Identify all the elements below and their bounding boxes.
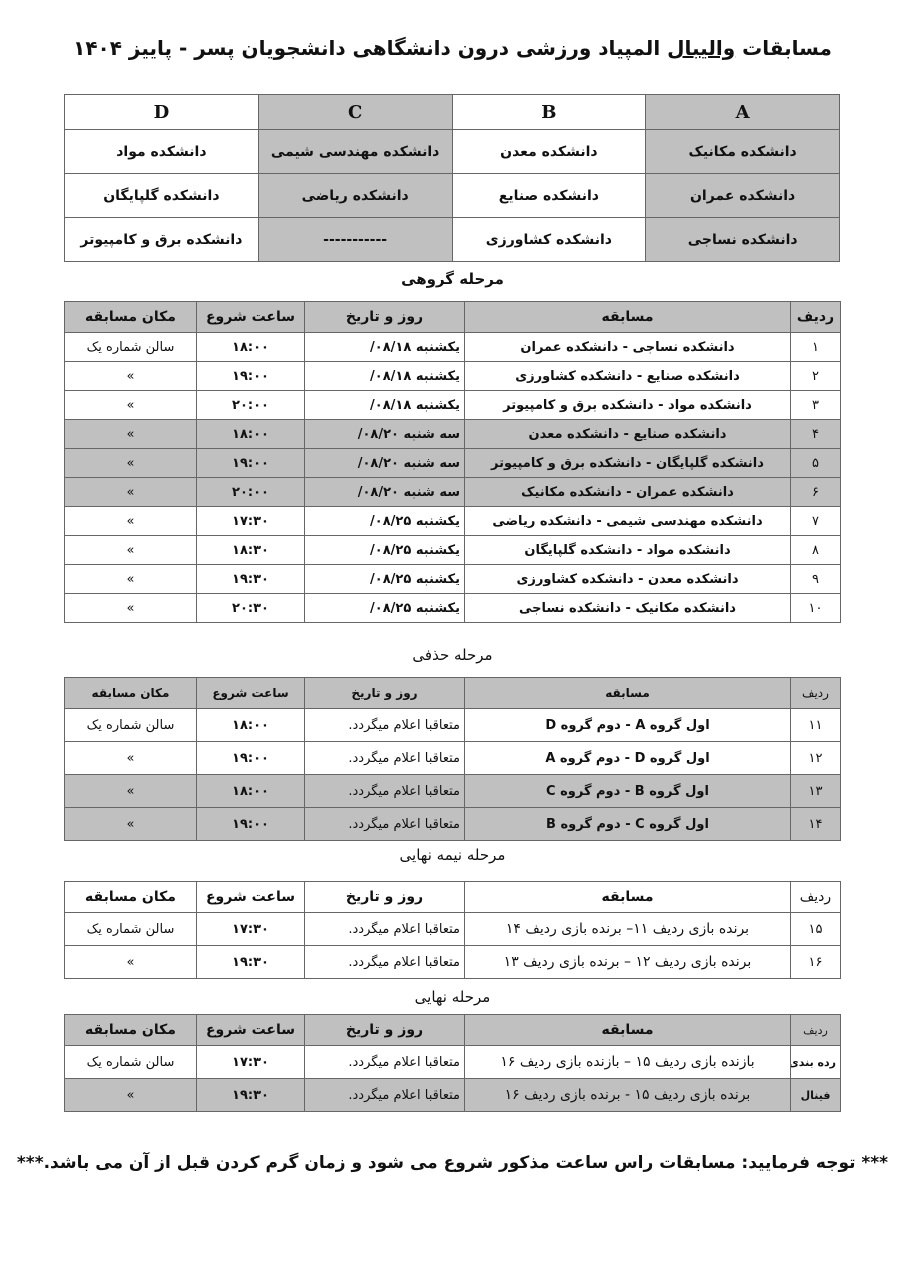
stage-label-semifinal: مرحله نیمه نهایی (0, 846, 905, 864)
table-row: ۵دانشکده گلپایگان - دانشکده برق و کامپیو… (65, 449, 841, 478)
row-number-cell: ۴ (791, 420, 841, 449)
table-row: ۱۱اول گروه A - دوم گروه Dمتعاقبا اعلام م… (65, 709, 841, 742)
venue-cell: » (65, 1079, 197, 1112)
col-header-place: مکان مسابقه (65, 302, 197, 333)
match-cell: دانشکده گلپایگان - دانشکده برق و کامپیوت… (465, 449, 791, 478)
col-header-time: ساعت شروع (197, 882, 305, 913)
start-time-cell: ۱۸:۰۰ (197, 709, 305, 742)
table-header-row: ردیف مسابقه روز و تاریخ ساعت شروع مکان م… (65, 1015, 841, 1046)
match-cell: دانشکده نساجی - دانشکده عمران (465, 333, 791, 362)
match-cell: دانشکده مهندسی شیمی - دانشکده ریاضی (465, 507, 791, 536)
match-cell: اول گروه D - دوم گروه A (465, 742, 791, 775)
date-cell: سه شنبه ۰۸/۲۰/ (305, 420, 465, 449)
stage-label-group: مرحله گروهی (0, 270, 905, 288)
date-cell: سه شنبه ۰۸/۲۰/ (305, 449, 465, 478)
group-header-a: A (646, 95, 840, 130)
col-header-match: مسابقه (465, 882, 791, 913)
group-cell: دانشکده مکانیک (646, 130, 840, 174)
venue-cell: » (65, 420, 197, 449)
match-cell: اول گروه C - دوم گروه B (465, 808, 791, 841)
venue-cell: » (65, 775, 197, 808)
col-header-row-number: ردیف (791, 678, 841, 709)
start-time-cell: ۱۹:۰۰ (197, 742, 305, 775)
table-row: فینالبرنده بازی ردیف ۱۵ - برنده بازی ردی… (65, 1079, 841, 1112)
match-cell: دانشکده مکانیک - دانشکده نساجی (465, 594, 791, 623)
groups-row: دانشکده مکانیک دانشکده معدن دانشکده مهند… (65, 130, 840, 174)
date-cell: یکشنبه ۰۸/۲۵/ (305, 507, 465, 536)
venue-cell: » (65, 808, 197, 841)
venue-cell: » (65, 946, 197, 979)
table-row: ۱۲اول گروه D - دوم گروه Aمتعاقبا اعلام م… (65, 742, 841, 775)
col-header-date: روز و تاریخ (305, 678, 465, 709)
venue-cell: سالن شماره یک (65, 333, 197, 362)
date-cell: متعاقبا اعلام میگردد. (305, 775, 465, 808)
venue-cell: » (65, 449, 197, 478)
row-number-cell: ۸ (791, 536, 841, 565)
start-time-cell: ۲۰:۰۰ (197, 391, 305, 420)
start-time-cell: ۱۷:۳۰ (197, 507, 305, 536)
col-header-time: ساعت شروع (197, 678, 305, 709)
row-number-cell: ۱۰ (791, 594, 841, 623)
table-row: ۱۰دانشکده مکانیک - دانشکده نساجییکشنبه ۰… (65, 594, 841, 623)
start-time-cell: ۱۸:۰۰ (197, 420, 305, 449)
start-time-cell: ۱۹:۳۰ (197, 1079, 305, 1112)
final-stage-table: ردیف مسابقه روز و تاریخ ساعت شروع مکان م… (64, 1014, 841, 1112)
table-row: ۷دانشکده مهندسی شیمی - دانشکده ریاضییکشن… (65, 507, 841, 536)
knockout-stage-table: ردیف مسابقه روز و تاریخ ساعت شروع مکان م… (64, 677, 841, 841)
col-header-date: روز و تاریخ (305, 882, 465, 913)
groups-row: دانشکده عمران دانشکده صنایع دانشکده ریاض… (65, 174, 840, 218)
start-time-cell: ۱۹:۰۰ (197, 362, 305, 391)
row-number-cell: فینال (791, 1079, 841, 1112)
table-row: رده بندیبازنده بازی ردیف ۱۵ – بازنده باز… (65, 1046, 841, 1079)
row-number-cell: ۱۱ (791, 709, 841, 742)
row-number-cell: ۱۶ (791, 946, 841, 979)
start-time-cell: ۱۸:۳۰ (197, 536, 305, 565)
group-cell: دانشکده نساجی (646, 218, 840, 262)
start-time-cell: ۱۷:۳۰ (197, 1046, 305, 1079)
groups-table: A B C D دانشکده مکانیک دانشکده معدن دانش… (64, 94, 840, 262)
group-cell: دانشکده عمران (646, 174, 840, 218)
table-row: ۶دانشکده عمران - دانشکده مکانیکسه شنبه ۰… (65, 478, 841, 507)
date-cell: یکشنبه ۰۸/۲۵/ (305, 536, 465, 565)
match-cell: دانشکده مواد - دانشکده گلپایگان (465, 536, 791, 565)
date-cell: یکشنبه ۰۸/۱۸/ (305, 333, 465, 362)
start-time-cell: ۱۷:۳۰ (197, 913, 305, 946)
group-header-d: D (65, 95, 259, 130)
col-header-match: مسابقه (465, 678, 791, 709)
group-stage-table: ردیف مسابقه روز و تاریخ ساعت شروع مکان م… (64, 301, 841, 623)
venue-cell: » (65, 594, 197, 623)
table-header-row: ردیف مسابقه روز و تاریخ ساعت شروع مکان م… (65, 302, 841, 333)
row-number-cell: ۱۴ (791, 808, 841, 841)
venue-cell: » (65, 391, 197, 420)
title-sport-underlined: والیبال (667, 36, 735, 60)
col-header-row-number: ردیف (791, 882, 841, 913)
table-header-row: ردیف مسابقه روز و تاریخ ساعت شروع مکان م… (65, 678, 841, 709)
row-number-cell: ۱۳ (791, 775, 841, 808)
group-cell: دانشکده ریاضی (258, 174, 452, 218)
group-cell: دانشکده برق و کامپیوتر (65, 218, 259, 262)
date-cell: یکشنبه ۰۸/۲۵/ (305, 565, 465, 594)
table-row: ۸دانشکده مواد - دانشکده گلپایگانیکشنبه ۰… (65, 536, 841, 565)
table-row: ۳دانشکده مواد - دانشکده برق و کامپیوتریک… (65, 391, 841, 420)
venue-cell: » (65, 742, 197, 775)
group-header-c: C (258, 95, 452, 130)
row-number-cell: ۱۲ (791, 742, 841, 775)
match-cell: دانشکده عمران - دانشکده مکانیک (465, 478, 791, 507)
table-row: ۱۵برنده بازی ردیف ۱۱– برنده بازی ردیف ۱۴… (65, 913, 841, 946)
semifinal-stage-table: ردیف مسابقه روز و تاریخ ساعت شروع مکان م… (64, 881, 841, 979)
group-cell: ----------- (258, 218, 452, 262)
col-header-date: روز و تاریخ (305, 1015, 465, 1046)
venue-cell: سالن شماره یک (65, 1046, 197, 1079)
row-number-cell: رده بندی (791, 1046, 841, 1079)
start-time-cell: ۱۸:۰۰ (197, 333, 305, 362)
group-cell: دانشکده گلپایگان (65, 174, 259, 218)
row-number-cell: ۳ (791, 391, 841, 420)
table-row: ۱دانشکده نساجی - دانشکده عمرانیکشنبه ۰۸/… (65, 333, 841, 362)
title-text-end: المپیاد ورزشی درون دانشگاهی دانشجویان پس… (73, 36, 667, 60)
group-cell: دانشکده صنایع (452, 174, 646, 218)
start-time-cell: ۱۸:۰۰ (197, 775, 305, 808)
match-cell: برنده بازی ردیف ۱۵ - برنده بازی ردیف ۱۶ (465, 1079, 791, 1112)
row-number-cell: ۲ (791, 362, 841, 391)
start-time-cell: ۱۹:۰۰ (197, 449, 305, 478)
group-header-b: B (452, 95, 646, 130)
date-cell: متعاقبا اعلام میگردد. (305, 913, 465, 946)
match-cell: برنده بازی ردیف ۱۲ – برنده بازی ردیف ۱۳ (465, 946, 791, 979)
table-row: ۱۶برنده بازی ردیف ۱۲ – برنده بازی ردیف ۱… (65, 946, 841, 979)
start-time-cell: ۲۰:۳۰ (197, 594, 305, 623)
row-number-cell: ۶ (791, 478, 841, 507)
group-cell: دانشکده مهندسی شیمی (258, 130, 452, 174)
group-cell: دانشکده مواد (65, 130, 259, 174)
match-cell: دانشکده معدن - دانشکده کشاورزی (465, 565, 791, 594)
row-number-cell: ۷ (791, 507, 841, 536)
col-header-place: مکان مسابقه (65, 882, 197, 913)
col-header-match: مسابقه (465, 302, 791, 333)
table-row: ۱۳اول گروه B - دوم گروه Cمتعاقبا اعلام م… (65, 775, 841, 808)
groups-row: دانشکده نساجی دانشکده کشاورزی ----------… (65, 218, 840, 262)
footer-note: *** توجه فرمایید: مسابقات راس ساعت مذکور… (0, 1153, 905, 1173)
col-header-match: مسابقه (465, 1015, 791, 1046)
venue-cell: سالن شماره یک (65, 913, 197, 946)
stage-label-final: مرحله نهایی (0, 988, 905, 1006)
date-cell: متعاقبا اعلام میگردد. (305, 1079, 465, 1112)
table-row: ۲دانشکده صنایع - دانشکده کشاورزییکشنبه ۰… (65, 362, 841, 391)
venue-cell: » (65, 362, 197, 391)
col-header-row-number: ردیف (791, 302, 841, 333)
match-cell: اول گروه A - دوم گروه D (465, 709, 791, 742)
col-header-date: روز و تاریخ (305, 302, 465, 333)
start-time-cell: ۱۹:۳۰ (197, 946, 305, 979)
match-cell: دانشکده صنایع - دانشکده معدن (465, 420, 791, 449)
table-row: ۱۴اول گروه C - دوم گروه Bمتعاقبا اعلام م… (65, 808, 841, 841)
col-header-place: مکان مسابقه (65, 678, 197, 709)
group-cell: دانشکده معدن (452, 130, 646, 174)
match-cell: دانشکده صنایع - دانشکده کشاورزی (465, 362, 791, 391)
venue-cell: » (65, 507, 197, 536)
table-header-row: ردیف مسابقه روز و تاریخ ساعت شروع مکان م… (65, 882, 841, 913)
title-text-start: مسابقات (735, 36, 832, 60)
table-row: ۹دانشکده معدن - دانشکده کشاورزییکشنبه ۰۸… (65, 565, 841, 594)
table-row: ۴دانشکده صنایع - دانشکده معدنسه شنبه ۰۸/… (65, 420, 841, 449)
start-time-cell: ۲۰:۰۰ (197, 478, 305, 507)
venue-cell: » (65, 565, 197, 594)
date-cell: متعاقبا اعلام میگردد. (305, 1046, 465, 1079)
page-title: مسابقات والیبال المپیاد ورزشی درون دانشگ… (0, 36, 905, 60)
match-cell: دانشکده مواد - دانشکده برق و کامپیوتر (465, 391, 791, 420)
col-header-row-number: ردیف (791, 1015, 841, 1046)
groups-header-row: A B C D (65, 95, 840, 130)
start-time-cell: ۱۹:۳۰ (197, 565, 305, 594)
date-cell: متعاقبا اعلام میگردد. (305, 709, 465, 742)
row-number-cell: ۱۵ (791, 913, 841, 946)
date-cell: متعاقبا اعلام میگردد. (305, 808, 465, 841)
row-number-cell: ۵ (791, 449, 841, 478)
match-cell: برنده بازی ردیف ۱۱– برنده بازی ردیف ۱۴ (465, 913, 791, 946)
date-cell: یکشنبه ۰۸/۱۸/ (305, 391, 465, 420)
date-cell: یکشنبه ۰۸/۱۸/ (305, 362, 465, 391)
row-number-cell: ۹ (791, 565, 841, 594)
col-header-place: مکان مسابقه (65, 1015, 197, 1046)
date-cell: یکشنبه ۰۸/۲۵/ (305, 594, 465, 623)
venue-cell: سالن شماره یک (65, 709, 197, 742)
match-cell: اول گروه B - دوم گروه C (465, 775, 791, 808)
col-header-time: ساعت شروع (197, 302, 305, 333)
date-cell: متعاقبا اعلام میگردد. (305, 742, 465, 775)
date-cell: سه شنبه ۰۸/۲۰/ (305, 478, 465, 507)
stage-label-knockout: مرحله حذفی (0, 646, 905, 664)
start-time-cell: ۱۹:۰۰ (197, 808, 305, 841)
match-cell: بازنده بازی ردیف ۱۵ – بازنده بازی ردیف ۱… (465, 1046, 791, 1079)
row-number-cell: ۱ (791, 333, 841, 362)
col-header-time: ساعت شروع (197, 1015, 305, 1046)
venue-cell: » (65, 536, 197, 565)
group-cell: دانشکده کشاورزی (452, 218, 646, 262)
venue-cell: » (65, 478, 197, 507)
date-cell: متعاقبا اعلام میگردد. (305, 946, 465, 979)
